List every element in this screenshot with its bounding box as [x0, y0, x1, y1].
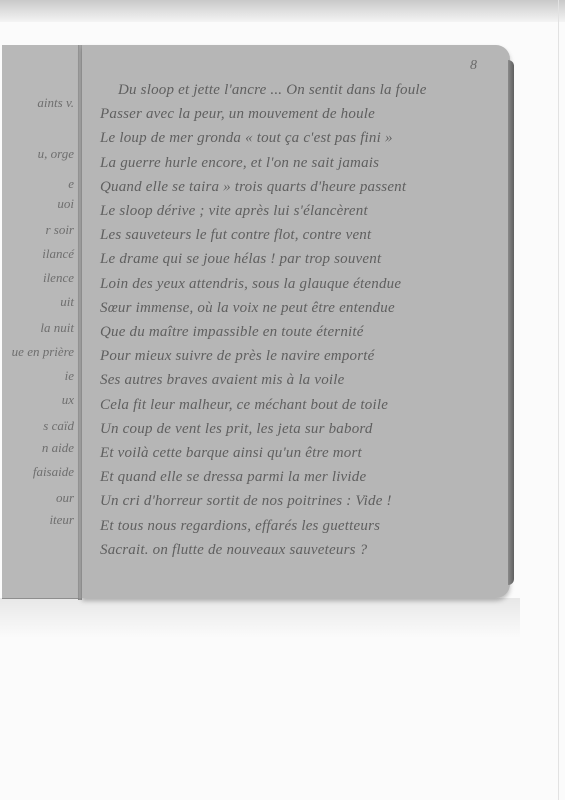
left-page-fragment: ue en prière — [12, 344, 74, 360]
page-edge-shadow — [508, 60, 514, 585]
handwritten-line: Quand elle se taira » trois quarts d'heu… — [100, 179, 406, 196]
handwritten-line: Un cri d'horreur sortit de nos poitrines… — [100, 493, 392, 510]
scanner-top-shadow — [0, 0, 565, 22]
handwritten-line: Et voilà cette barque ainsi qu'un être m… — [100, 445, 362, 462]
handwritten-line: Un coup de vent les prit, les jeta sur b… — [100, 421, 373, 438]
handwritten-line: La guerre hurle encore, et l'on ne sait … — [100, 155, 379, 172]
handwritten-line: Cela fit leur malheur, ce méchant bout d… — [100, 397, 388, 414]
handwritten-line: Le drame qui se joue hélas ! par trop so… — [100, 251, 381, 268]
left-page-fragment: la nuit — [40, 320, 74, 336]
left-page-fragment: u, orge — [38, 146, 74, 162]
book-bottom-shadow — [0, 598, 520, 638]
handwritten-line: Les sauveteurs le fut contre flot, contr… — [100, 227, 371, 244]
handwritten-line: Du sloop et jette l'ancre ... On sentit … — [118, 82, 427, 99]
left-page-fragment: uoi — [57, 196, 74, 212]
left-page-fragment: n aide — [42, 440, 74, 456]
right-page — [82, 45, 510, 598]
left-page: aints v.u, orgeeuoir soirilancéilenceuit… — [2, 45, 78, 599]
scan-edge-line — [558, 0, 559, 800]
handwritten-line: Le sloop dérive ; vite après lui s'élanc… — [100, 203, 368, 220]
handwritten-line: Et tous nous regardions, effarés les gue… — [100, 518, 380, 535]
handwritten-line: Et quand elle se dressa parmi la mer liv… — [100, 469, 366, 486]
handwritten-line: Pour mieux suivre de près le navire empo… — [100, 348, 375, 365]
page-number: 8 — [470, 58, 477, 74]
left-page-fragment: ie — [65, 368, 74, 384]
left-page-fragment: our — [56, 490, 74, 506]
handwritten-line: Ses autres braves avaient mis à la voile — [100, 372, 344, 389]
left-page-fragment: aints v. — [37, 95, 74, 111]
handwritten-line: Le loup de mer gronda « tout ça c'est pa… — [100, 130, 393, 147]
left-page-fragment: iteur — [49, 512, 74, 528]
left-page-fragment: uit — [60, 294, 74, 310]
left-page-fragment: ux — [62, 392, 74, 408]
handwritten-line: Loin des yeux attendris, sous la glauque… — [100, 276, 401, 293]
left-page-fragment: ilancé — [42, 246, 74, 262]
left-page-fragment: s caïd — [43, 418, 74, 434]
left-page-fragment: r soir — [45, 222, 74, 238]
handwritten-line: Passer avec la peur, un mouvement de hou… — [100, 106, 375, 123]
left-page-fragment: e — [68, 176, 74, 192]
left-page-fragment: faisaide — [33, 464, 74, 480]
left-page-fragment: ilence — [43, 270, 74, 286]
handwritten-line: Sacrait. on flutte de nouveaux sauveteur… — [100, 542, 367, 559]
handwritten-line: Sœur immense, où la voix ne peut être en… — [100, 300, 395, 317]
handwritten-line: Que du maître impassible en toute éterni… — [100, 324, 364, 341]
